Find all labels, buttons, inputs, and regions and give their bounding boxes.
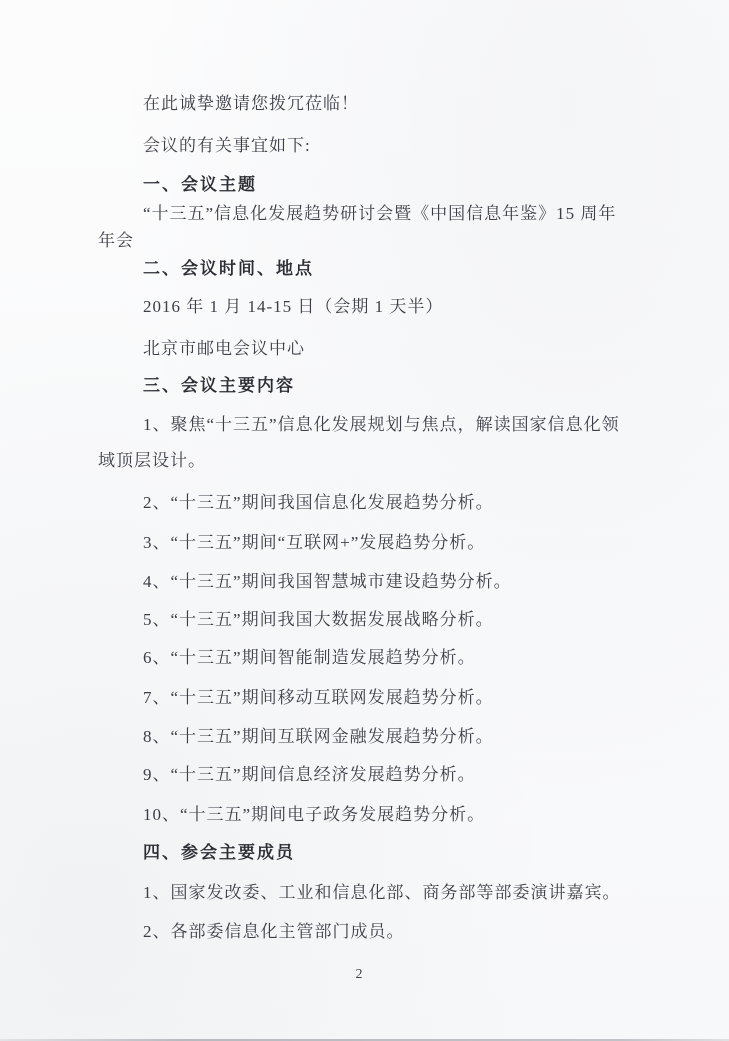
section-heading-main-content: 三、会议主要内容 [143, 375, 295, 397]
content-item-1-line-1: 1、聚焦“十三五”信息化发展规划与焦点，解读国家信息化领 [143, 414, 620, 436]
conference-venue-line: 北京市邮电会议中心 [143, 338, 305, 360]
content-item-1-line-2: 域顶层设计。 [98, 450, 206, 472]
content-item-5: 5、“十三五”期间我国大数据发展战略分析。 [143, 609, 494, 631]
page-number: 2 [0, 967, 718, 983]
content-item-3: 3、“十三五”期间“互联网+”发展趋势分析。 [143, 532, 485, 554]
content-item-7: 7、“十三五”期间移动互联网发展趋势分析。 [143, 687, 494, 709]
participant-item-1: 1、国家发改委、工业和信息化部、商务部等部委演讲嘉宾。 [143, 882, 621, 904]
content-item-10: 10、“十三五”期间电子政务发展趋势分析。 [143, 804, 485, 826]
topic-title-line-2: 年会 [98, 230, 134, 252]
section-heading-participants: 四、参会主要成员 [143, 842, 295, 864]
section-heading-time-location: 二、会议时间、地点 [143, 258, 314, 280]
content-item-8: 8、“十三五”期间互联网金融发展趋势分析。 [143, 726, 494, 748]
greeting-line: 在此诚挚邀请您拨冗莅临！ [143, 93, 359, 115]
content-item-2: 2、“十三五”期间我国信息化发展趋势分析。 [143, 492, 494, 514]
conference-date-line: 2016 年 1 月 14-15 日（会期 1 天半） [143, 296, 443, 318]
content-item-4: 4、“十三五”期间我国智慧城市建设趋势分析。 [143, 571, 512, 593]
scanned-document-page: 在此诚挚邀请您拨冗莅临！ 会议的有关事宜如下: 一、会议主题 “十三五”信息化发… [0, 0, 729, 1041]
topic-title-line-1: “十三五”信息化发展趋势研讨会暨《中国信息年鉴》15 周年 [143, 203, 616, 225]
intro-line: 会议的有关事宜如下: [143, 135, 311, 157]
participant-item-2: 2、各部委信息化主管部门成员。 [143, 921, 405, 943]
section-heading-topic: 一、会议主题 [143, 174, 257, 196]
content-item-9: 9、“十三五”期间信息经济发展趋势分析。 [143, 764, 476, 786]
content-item-6: 6、“十三五”期间智能制造发展趋势分析。 [143, 647, 476, 669]
